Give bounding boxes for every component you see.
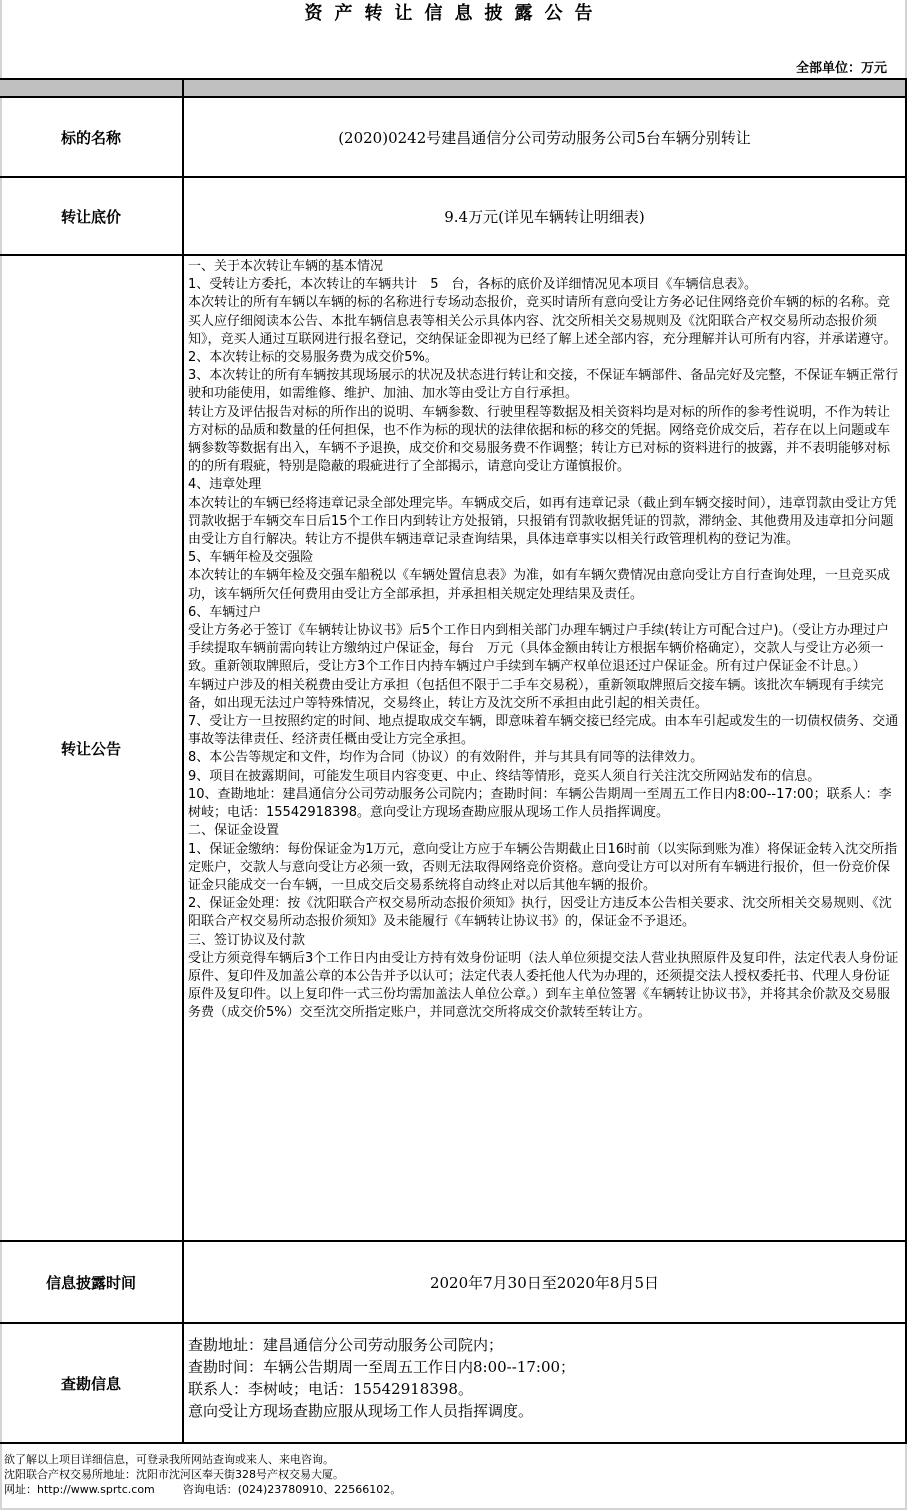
- inspection-info-body: 查勘地址：建昌通信分公司劳动服务公司院内； 查勘时间：车辆公告期周一至周五工作日…: [184, 1324, 905, 1442]
- inspection-contact: 联系人：李树岐；电话：15542918398。: [188, 1378, 901, 1400]
- inspection-note: 意向受让方现场查勘应服从现场工作人员指挥调度。: [188, 1400, 901, 1422]
- disclosure-period-value: 2020年7月30日至2020年8月5日: [184, 1242, 905, 1322]
- notice-paragraph: 4、违章处理: [188, 476, 901, 494]
- notice-paragraph: 9、项目在披露期间，可能发生项目内容变更、中止、终结等情形，竞买人须自行关注沈交…: [188, 768, 901, 786]
- row-disclosure-period: 信息披露时间 2020年7月30日至2020年8月5日: [0, 1242, 905, 1324]
- notice-paragraph: 5、车辆年检及交强险: [188, 549, 901, 567]
- header-cell-label: [0, 80, 184, 96]
- footer-website-phone: 网址：http://www.sprtc.com 咨询电话：(024)237809…: [4, 1482, 401, 1497]
- subject-name-label: 标的名称: [0, 98, 184, 176]
- notice-paragraph: 二、保证金设置: [188, 822, 901, 840]
- footer-address: 沈阳联合产权交易所地址：沈阳市沈河区奉天街328号产权交易大厦。: [4, 1467, 401, 1482]
- transfer-notice-body: 一、关于本次转让车辆的基本情况 1、受转让方委托，本次转让的车辆共计 5 台，各…: [184, 256, 905, 1240]
- row-subject-name: 标的名称 (2020)0242号建昌通信分公司劳动服务公司5台车辆分别转让: [0, 98, 905, 178]
- row-inspection-info: 查勘信息 查勘地址：建昌通信分公司劳动服务公司院内； 查勘时间：车辆公告期周一至…: [0, 1324, 905, 1444]
- reserve-price-value: 9.4万元(详见车辆转让明细表): [184, 178, 905, 254]
- notice-paragraph: 受让方务必于签订《车辆转让协议书》后5个工作日内到相关部门办理车辆过户手续(转让…: [188, 622, 901, 677]
- row-transfer-notice: 转让公告 一、关于本次转让车辆的基本情况 1、受转让方委托，本次转让的车辆共计 …: [0, 256, 905, 1242]
- disclosure-table: 标的名称 (2020)0242号建昌通信分公司劳动服务公司5台车辆分别转让 转让…: [0, 78, 907, 1444]
- row-reserve-price: 转让底价 9.4万元(详见车辆转让明细表): [0, 178, 905, 256]
- document-title: 资产转让信息披露公告: [0, 2, 909, 26]
- notice-paragraph: 6、车辆过户: [188, 604, 901, 622]
- notice-paragraph: 2、本次转让标的交易服务费为成交价5%。: [188, 349, 901, 367]
- inspection-info-label: 查勘信息: [0, 1324, 184, 1442]
- footer-inquiry: 欲了解以上项目详细信息，可登录我所网站查询或来人、来电咨询。: [4, 1452, 401, 1467]
- notice-paragraph: 2、保证金处理：按《沈阳联合产权交易所动态报价须知》执行，因受让方违反本公告相关…: [188, 895, 901, 931]
- transfer-notice-label: 转让公告: [0, 256, 184, 1240]
- notice-paragraph: 车辆过户涉及的相关税费由受让方承担（包括但不限于二手车交易税），重新领取牌照后交…: [188, 677, 901, 713]
- inspection-time: 查勘时间：车辆公告期周一至周五工作日内8:00--17:00；: [188, 1356, 901, 1378]
- footer: 欲了解以上项目详细信息，可登录我所网站查询或来人、来电咨询。 沈阳联合产权交易所…: [4, 1452, 401, 1497]
- notice-paragraph: 3、本次转让的所有车辆按其现场展示的状况及状态进行转让和交接，不保证车辆部件、备…: [188, 367, 901, 403]
- notice-paragraph: 10、查勘地址：建昌通信分公司劳动服务公司院内；查勘时间：车辆公告期周一至周五工…: [188, 786, 901, 822]
- inspection-address: 查勘地址：建昌通信分公司劳动服务公司院内；: [188, 1334, 901, 1356]
- subject-name-value: (2020)0242号建昌通信分公司劳动服务公司5台车辆分别转让: [184, 98, 905, 176]
- notice-paragraph: 1、受转让方委托，本次转让的车辆共计 5 台，各标的底价及详细情况见本项目《车辆…: [188, 276, 901, 294]
- notice-paragraph: 三、签订协议及付款: [188, 932, 901, 950]
- notice-paragraph: 1、保证金缴纳：每份保证金为1万元，意向受让方应于车辆公告期截止日16时前（以实…: [188, 841, 901, 896]
- notice-paragraph: 7、受让方一旦按照约定的时间、地点提取成交车辆，即意味着车辆交接已经完成。由本车…: [188, 713, 901, 749]
- disclosure-period-label: 信息披露时间: [0, 1242, 184, 1322]
- notice-paragraph: 转让方及评估报告对标的所作出的说明、车辆参数、行驶里程等数据及相关资料均是对标的…: [188, 404, 901, 477]
- notice-paragraph: 受让方须竞得车辆后3个工作日内由受让方持有效身份证明（法人单位须提交法人营业执照…: [188, 950, 901, 1023]
- notice-paragraph: 本次转让的车辆年检及交强车船税以《车辆处置信息表》为准，如有车辆欠费情况由意向受…: [188, 567, 901, 603]
- notice-paragraph: 一、关于本次转让车辆的基本情况: [188, 258, 901, 276]
- unit-label: 全部单位：万元: [796, 60, 887, 78]
- header-cell-value: [184, 80, 905, 96]
- table-header-row: [0, 80, 905, 98]
- reserve-price-label: 转让底价: [0, 178, 184, 254]
- notice-paragraph: 本次转让的所有车辆以车辆的标的名称进行专场动态报价，竞买时请所有意向受让方务必记…: [188, 294, 901, 349]
- notice-paragraph: 8、本公告等规定和文件，均作为合同（协议）的有效附件，并与其具有同等的法律效力。: [188, 749, 901, 767]
- notice-paragraph: 本次转让的车辆已经将违章记录全部处理完毕。车辆成交后，如再有违章记录（截止到车辆…: [188, 495, 901, 550]
